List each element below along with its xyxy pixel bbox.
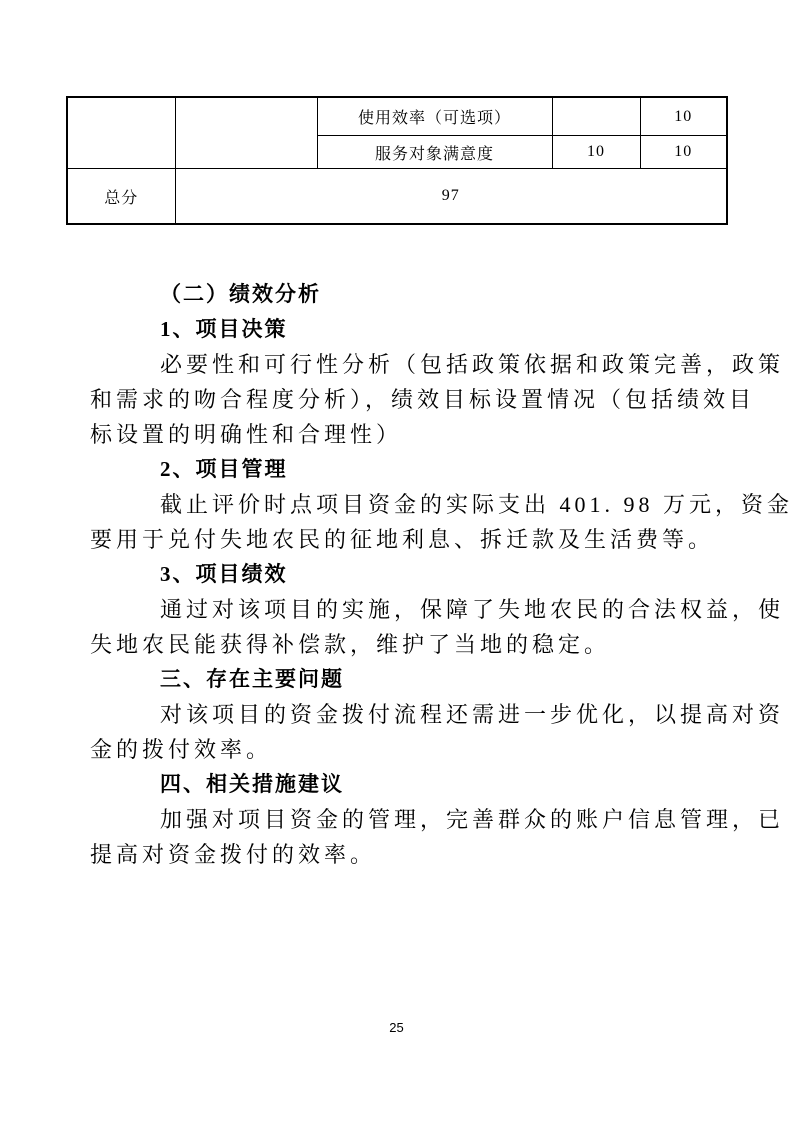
criterion-cell: 使用效率（可选项） xyxy=(317,97,552,136)
paragraph-line: 失地农民能获得补偿款，维护了当地的稳定。 xyxy=(90,627,702,662)
score-cell: 10 xyxy=(640,136,727,169)
document-page: 使用效率（可选项） 10 服务对象满意度 10 10 总分 97 （二）绩效分析… xyxy=(0,0,793,1122)
score-cell xyxy=(552,97,640,136)
score-table: 使用效率（可选项） 10 服务对象满意度 10 10 总分 97 xyxy=(66,96,728,225)
heading-performance-analysis: （二）绩效分析 xyxy=(90,277,702,312)
heading-project-decision: 1、项目决策 xyxy=(90,312,702,347)
paragraph-line: 标设置的明确性和合理性） xyxy=(90,417,702,452)
empty-cell xyxy=(67,97,175,169)
empty-cell xyxy=(175,97,317,169)
score-cell: 10 xyxy=(640,97,727,136)
page-number: 25 xyxy=(0,1020,793,1035)
total-label-cell: 总分 xyxy=(67,169,175,225)
document-body: （二）绩效分析 1、项目决策 必要性和可行性分析（包括政策依据和政策完善，政策 … xyxy=(90,277,702,872)
paragraph-line: 提高对资金拨付的效率。 xyxy=(90,837,702,872)
score-cell: 10 xyxy=(552,136,640,169)
paragraph-line: 对该项目的资金拨付流程还需进一步优化，以提高对资 xyxy=(90,697,702,732)
heading-project-management: 2、项目管理 xyxy=(90,452,702,487)
heading-main-problems: 三、存在主要问题 xyxy=(90,662,702,697)
paragraph-line: 加强对项目资金的管理，完善群众的账户信息管理，已 xyxy=(90,802,702,837)
paragraph-line: 截止评价时点项目资金的实际支出 401. 98 万元，资金主 xyxy=(90,487,702,522)
paragraph-line: 和需求的吻合程度分析），绩效目标设置情况（包括绩效目 xyxy=(90,382,702,417)
paragraph-line: 必要性和可行性分析（包括政策依据和政策完善，政策 xyxy=(90,347,702,382)
paragraph-line: 金的拨付效率。 xyxy=(90,732,702,767)
heading-project-performance: 3、项目绩效 xyxy=(90,557,702,592)
paragraph-line: 通过对该项目的实施，保障了失地农民的合法权益，使 xyxy=(90,592,702,627)
criterion-cell: 服务对象满意度 xyxy=(317,136,552,169)
paragraph-line: 要用于兑付失地农民的征地利息、拆迁款及生活费等。 xyxy=(90,522,702,557)
total-value-cell: 97 xyxy=(175,169,727,225)
heading-measures-suggestions: 四、相关措施建议 xyxy=(90,767,702,802)
